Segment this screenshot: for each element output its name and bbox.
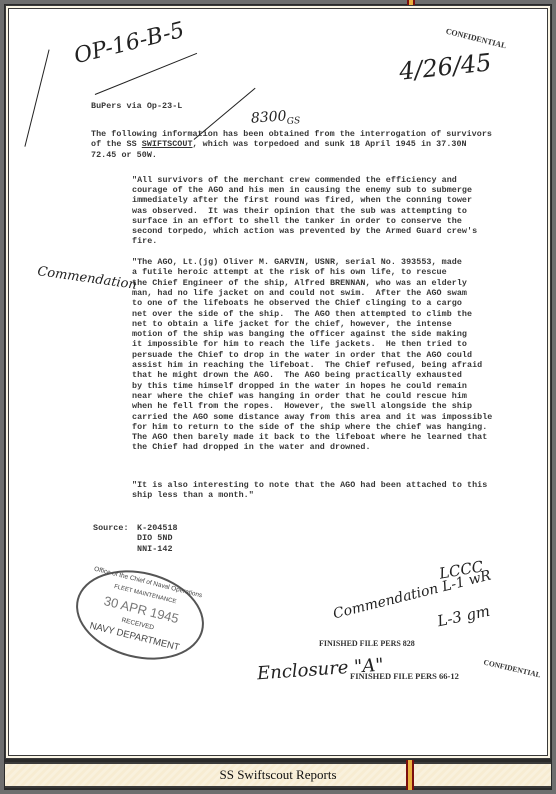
p2-line: net to obtain a life jacket for the chie… [132, 319, 452, 329]
p2-line: the Chief Engineer of the ship, Alfred B… [132, 278, 467, 288]
footer-caption-bar: SS Swiftscout Reports [5, 762, 551, 788]
p2-line: by this time himself dropped in the wate… [132, 381, 467, 391]
footer-title: SS Swiftscout Reports [219, 767, 336, 782]
p2-line: net over the side of the ship. The AGO t… [132, 309, 472, 319]
p1-line: fire. [132, 236, 157, 246]
p2-line: The AGO then barely made it back to the … [132, 432, 487, 442]
p2-line: when he fell from the ropes. However, th… [132, 401, 472, 411]
p2-line: motion of the ship was banging the offic… [132, 329, 467, 339]
p2-line: persuade the Chief to drop in the water … [132, 350, 472, 360]
p2-line: "The AGO, Lt.(jg) Oliver M. GARVIN, USNR… [132, 257, 462, 267]
scanned-document: OP-16-B-5 4/26/45 CONFIDENTIAL BuPers vi… [8, 8, 548, 756]
intro-line: The following information has been obtai… [91, 129, 492, 139]
handwritten-date: 4/26/45 [398, 48, 493, 86]
p2-line: man, had no life jacket on and could not… [132, 288, 467, 298]
routing-line: BuPers via Op-23-L [91, 101, 182, 111]
p2-line: that he might drown the AGO. The AGO bei… [132, 370, 462, 380]
p1-line: "All survivors of the merchant crew comm… [132, 175, 457, 185]
src-line: DIO 5ND [137, 533, 173, 543]
margin-note-commendation: Commendation [36, 264, 137, 293]
confidential-stamp-top: CONFIDENTIAL [445, 27, 508, 51]
handwritten-code: 8300GS [250, 107, 300, 129]
handwritten-code-suffix: GS [287, 116, 301, 127]
handwritten-code-number: 8300 [250, 108, 287, 126]
source-label: Source: [93, 523, 129, 533]
finished-file-stamp-1: FINISHED FILE PERS 828 [319, 639, 415, 648]
p2-line: it impossible for him to reach the life … [132, 339, 467, 349]
handwritten-note-3: L-3 gm [436, 602, 492, 631]
bookmark-ribbon-bottom [406, 760, 414, 790]
p1-line: courage of the AGO and his men in causin… [132, 185, 472, 195]
p1-line: second torpedo, which action was prevent… [132, 226, 477, 236]
p2-line: near where the chief was hanging in orde… [132, 391, 467, 401]
document-page: OP-16-B-5 4/26/45 CONFIDENTIAL BuPers vi… [5, 5, 551, 759]
p1-line: surface in an effort to shell the tanker… [132, 216, 462, 226]
received-stamp: Office of the Chief of Naval Operations … [67, 558, 214, 673]
p2-line: to one of the lifeboats he observed the … [132, 298, 462, 308]
p2-line: carried the AGO some distance away from … [132, 412, 492, 422]
src-line: K-204518 [137, 523, 178, 533]
p2-line: assist him in reaching the lifeboat. The… [132, 360, 482, 370]
p3-line: ship less than a month." [132, 490, 254, 500]
handwritten-file-code: OP-16-B-5 [72, 18, 187, 69]
finished-file-stamp-2: FINISHED FILE PERS 66-12 [350, 671, 459, 681]
intro-line: 72.45 or 50W. [91, 150, 157, 160]
confidential-stamp-bottom: CONFIDENTIAL [483, 658, 542, 680]
intro-line: of the SS SWIFTSCOUT, which was torpedoe… [91, 139, 467, 149]
p2-line: the Chief had dropped in the water and d… [132, 442, 371, 452]
p2-line: for him to return to the side of the shi… [132, 422, 487, 432]
p2-line: a futile heroic attempt at the risk of h… [132, 267, 447, 277]
pen-stroke [24, 49, 49, 146]
p3-line: "It is also interesting to note that the… [132, 480, 487, 490]
p1-line: immediately after the first round was fi… [132, 195, 472, 205]
src-line: NNI-142 [137, 544, 173, 554]
p1-line: was observed. It was their opinion that … [132, 206, 467, 216]
